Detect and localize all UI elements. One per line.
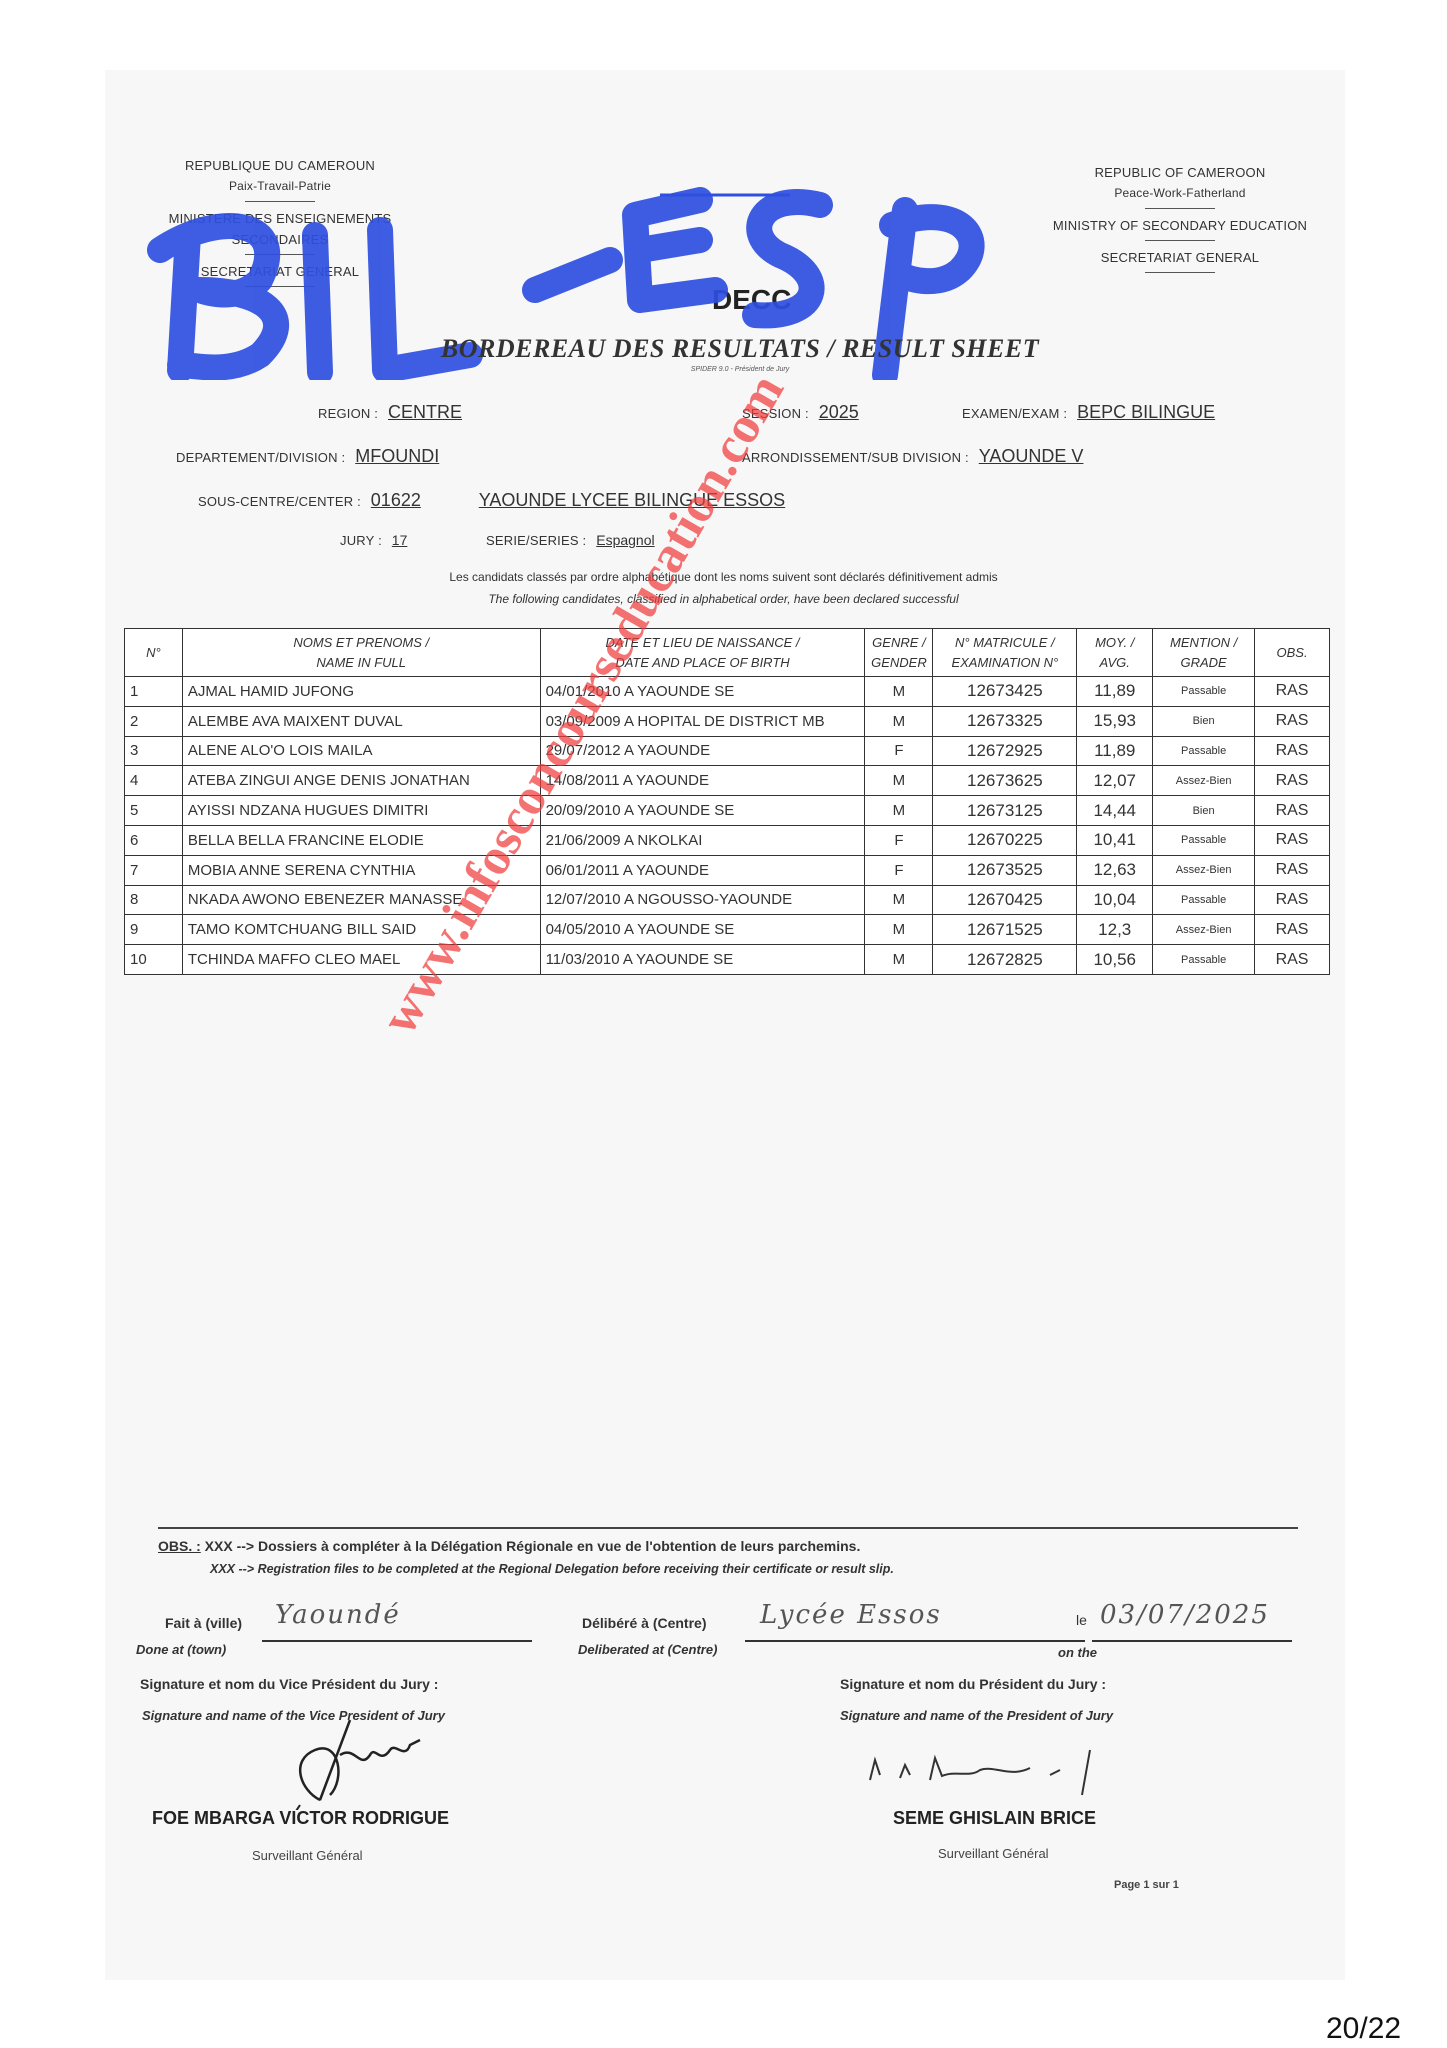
- row-number-cell: 5: [125, 796, 183, 826]
- deliberated-handwritten: Lycée Essos: [760, 1600, 942, 1630]
- column-header-line1: MOY. /: [1082, 633, 1147, 653]
- column-header: DATE ET LIEU DE NAISSANCE /DATE AND PLAC…: [540, 629, 865, 677]
- candidate-name-cell: ALENE ALO'O LOIS MAILA: [182, 736, 540, 766]
- notice-fr: Les candidats classés par ordre alphabét…: [0, 570, 1447, 584]
- table-row: 8NKADA AWONO EBENEZER MANASSE12/07/2010 …: [125, 885, 1330, 915]
- birth-info-cell: 20/09/2010 A YAOUNDE SE: [540, 796, 865, 826]
- session-value: 2025: [819, 402, 859, 422]
- column-header-line1: GENRE /: [870, 633, 927, 653]
- page-subtitle: SPIDER 9.0 - Président de Jury: [620, 366, 860, 373]
- observation-cell: RAS: [1255, 855, 1330, 885]
- done-at-label-en: Done at (town): [136, 1642, 226, 1657]
- done-at-line: [262, 1640, 532, 1642]
- table-row: 2ALEMBE AVA MAIXENT DUVAL03/09/2009 A HO…: [125, 706, 1330, 736]
- gender-cell: F: [865, 736, 933, 766]
- column-header-line2: AVG.: [1082, 653, 1147, 673]
- table-header-row: N°NOMS ET PRENOMS /NAME IN FULLDATE ET L…: [125, 629, 1330, 677]
- row-number-cell: 6: [125, 825, 183, 855]
- birth-info-cell: 04/05/2010 A YAOUNDE SE: [540, 915, 865, 945]
- average-cell: 11,89: [1077, 736, 1153, 766]
- row-number-cell: 2: [125, 706, 183, 736]
- grade-cell: Passable: [1153, 945, 1255, 975]
- president-role: Surveillant Général: [938, 1846, 1049, 1861]
- average-cell: 10,04: [1077, 885, 1153, 915]
- row-number-cell: 3: [125, 736, 183, 766]
- president-signature-icon: [860, 1740, 1200, 1800]
- ministry-fr: MINISTERE DES ENSEIGNEMENTS SECONDAIRES: [130, 208, 430, 250]
- candidate-name-cell: AJMAL HAMID JUFONG: [182, 677, 540, 707]
- vice-president-label-fr: Signature et nom du Vice Président du Ju…: [140, 1676, 438, 1692]
- gender-cell: M: [865, 706, 933, 736]
- grade-cell: Assez-Bien: [1153, 766, 1255, 796]
- region-field: REGION : CENTRE: [318, 402, 462, 423]
- jury-value: 17: [392, 532, 408, 548]
- subdivision-label: ARRONDISSEMENT/SUB DIVISION :: [742, 450, 969, 465]
- column-header-line1: MENTION /: [1158, 633, 1249, 653]
- column-header-line1: DATE ET LIEU DE NAISSANCE /: [546, 633, 860, 653]
- subdivision-field: ARRONDISSEMENT/SUB DIVISION : YAOUNDE V: [742, 446, 1083, 467]
- center-field: SOUS-CENTRE/CENTER : 01622 YAOUNDE LYCEE…: [198, 490, 785, 511]
- page-counter: 20/22: [1326, 2012, 1401, 2046]
- grade-cell: Assez-Bien: [1153, 915, 1255, 945]
- birth-info-cell: 12/07/2010 A NGOUSSO-YAOUNDE: [540, 885, 865, 915]
- observation-cell: RAS: [1255, 736, 1330, 766]
- candidate-name-cell: AYISSI NDZANA HUGUES DIMITRI: [182, 796, 540, 826]
- obs-text-fr: XXX --> Dossiers à compléter à la Déléga…: [205, 1538, 861, 1554]
- date-label-fr: le: [1076, 1612, 1087, 1628]
- deliberated-line: [745, 1640, 1085, 1642]
- column-header-line2: DATE AND PLACE OF BIRTH: [546, 653, 860, 673]
- column-header-line1: N°: [130, 643, 177, 663]
- series-label: SERIE/SERIES :: [486, 533, 586, 548]
- column-header-line2: GENDER: [870, 653, 927, 673]
- center-code: 01622: [371, 490, 421, 510]
- date-line: [1092, 1640, 1292, 1642]
- ministry-en: MINISTRY OF SECONDARY EDUCATION: [1010, 215, 1350, 236]
- column-header-line1: N° MATRICULE /: [938, 633, 1071, 653]
- vice-president-signature-icon: [260, 1700, 460, 1810]
- average-cell: 11,89: [1077, 677, 1153, 707]
- column-header-line1: OBS.: [1260, 643, 1324, 663]
- examination-number-cell: 12672925: [933, 736, 1077, 766]
- observation-cell: RAS: [1255, 706, 1330, 736]
- examination-number-cell: 12673425: [933, 677, 1077, 707]
- observation-cell: RAS: [1255, 945, 1330, 975]
- motto-en: Peace-Work-Fatherland: [1010, 183, 1350, 204]
- page-title: BORDEREAU DES RESULTATS / RESULT SHEET: [420, 334, 1060, 364]
- observation-cell: RAS: [1255, 677, 1330, 707]
- examination-number-cell: 12673125: [933, 796, 1077, 826]
- row-number-cell: 1: [125, 677, 183, 707]
- grade-cell: Passable: [1153, 825, 1255, 855]
- done-at-handwritten: Yaoundé: [275, 1600, 401, 1630]
- average-cell: 10,56: [1077, 945, 1153, 975]
- column-header: N° MATRICULE /EXAMINATION N°: [933, 629, 1077, 677]
- header-right: REPUBLIC OF CAMEROON Peace-Work-Fatherla…: [1010, 162, 1350, 279]
- page-of-label: Page 1 sur 1: [1114, 1879, 1179, 1891]
- grade-cell: Passable: [1153, 885, 1255, 915]
- observation-cell: RAS: [1255, 825, 1330, 855]
- notice-en: The following candidates, classified in …: [0, 592, 1447, 606]
- column-header-line2: NAME IN FULL: [188, 653, 535, 673]
- table-row: 10TCHINDA MAFFO CLEO MAEL11/03/2010 A YA…: [125, 945, 1330, 975]
- done-at-label-fr: Fait à (ville): [165, 1615, 242, 1631]
- average-cell: 14,44: [1077, 796, 1153, 826]
- table-row: 3ALENE ALO'O LOIS MAILA29/07/2012 A YAOU…: [125, 736, 1330, 766]
- candidate-name-cell: ALEMBE AVA MAIXENT DUVAL: [182, 706, 540, 736]
- vice-president-name: FOE MBARGA VICTOR RODRIGUE: [152, 1808, 449, 1829]
- grade-cell: Bien: [1153, 796, 1255, 826]
- examination-number-cell: 12673325: [933, 706, 1077, 736]
- exam-label: EXAMEN/EXAM :: [962, 406, 1067, 421]
- region-label: REGION :: [318, 406, 378, 421]
- vice-president-role: Surveillant Général: [252, 1848, 363, 1863]
- division-label: DEPARTEMENT/DIVISION :: [176, 450, 345, 465]
- deliberated-label-en: Deliberated at (Centre): [578, 1642, 717, 1657]
- column-header: GENRE /GENDER: [865, 629, 933, 677]
- examination-number-cell: 12670425: [933, 885, 1077, 915]
- division-field: DEPARTEMENT/DIVISION : MFOUNDI: [176, 446, 439, 467]
- birth-info-cell: 11/03/2010 A YAOUNDE SE: [540, 945, 865, 975]
- examination-number-cell: 12670225: [933, 825, 1077, 855]
- row-number-cell: 7: [125, 855, 183, 885]
- column-header-line1: NOMS ET PRENOMS /: [188, 633, 535, 653]
- divider: [1145, 272, 1215, 273]
- subdivision-value: YAOUNDE V: [979, 446, 1084, 466]
- average-cell: 12,63: [1077, 855, 1153, 885]
- column-header: MOY. /AVG.: [1077, 629, 1153, 677]
- divider: [1145, 208, 1215, 209]
- birth-info-cell: 21/06/2009 A NKOLKAI: [540, 825, 865, 855]
- gender-cell: M: [865, 677, 933, 707]
- divider: [245, 254, 315, 255]
- session-label: SESSION :: [742, 406, 809, 421]
- table-row: 9TAMO KOMTCHUANG BILL SAID04/05/2010 A Y…: [125, 915, 1330, 945]
- date-label-en: on the: [1058, 1645, 1097, 1660]
- candidate-name-cell: MOBIA ANNE SERENA CYNTHIA: [182, 855, 540, 885]
- divider: [245, 286, 315, 287]
- secretariat-fr: SECRETARIAT GENERAL: [130, 261, 430, 282]
- column-header: OBS.: [1255, 629, 1330, 677]
- president-name: SEME GHISLAIN BRICE: [893, 1808, 1096, 1829]
- table-row: 7MOBIA ANNE SERENA CYNTHIA06/01/2011 A Y…: [125, 855, 1330, 885]
- table-body: 1AJMAL HAMID JUFONG04/01/2010 A YAOUNDE …: [125, 677, 1330, 975]
- candidate-name-cell: NKADA AWONO EBENEZER MANASSE: [182, 885, 540, 915]
- row-number-cell: 8: [125, 885, 183, 915]
- center-label: SOUS-CENTRE/CENTER :: [198, 494, 361, 509]
- division-value: MFOUNDI: [355, 446, 439, 466]
- series-value: Espagnol: [596, 532, 654, 548]
- gender-cell: M: [865, 915, 933, 945]
- table-row: 1AJMAL HAMID JUFONG04/01/2010 A YAOUNDE …: [125, 677, 1330, 707]
- examination-number-cell: 12671525: [933, 915, 1077, 945]
- row-number-cell: 9: [125, 915, 183, 945]
- column-header-line2: EXAMINATION N°: [938, 653, 1071, 673]
- series-field: SERIE/SERIES : Espagnol: [486, 532, 655, 548]
- gender-cell: M: [865, 945, 933, 975]
- column-header: NOMS ET PRENOMS /NAME IN FULL: [182, 629, 540, 677]
- grade-cell: Bien: [1153, 706, 1255, 736]
- grade-cell: Passable: [1153, 677, 1255, 707]
- average-cell: 12,3: [1077, 915, 1153, 945]
- examination-number-cell: 12673525: [933, 855, 1077, 885]
- observation-cell: RAS: [1255, 885, 1330, 915]
- average-cell: 10,41: [1077, 825, 1153, 855]
- average-cell: 12,07: [1077, 766, 1153, 796]
- country-fr: REPUBLIQUE DU CAMEROUN: [130, 155, 430, 176]
- date-handwritten: 03/07/2025: [1100, 1600, 1270, 1630]
- observation-cell: RAS: [1255, 915, 1330, 945]
- deliberated-label-fr: Délibéré à (Centre): [582, 1615, 706, 1631]
- country-en: REPUBLIC OF CAMEROON: [1010, 162, 1350, 183]
- motto-fr: Paix-Travail-Patrie: [130, 176, 430, 197]
- gender-cell: F: [865, 855, 933, 885]
- gender-cell: M: [865, 766, 933, 796]
- obs-label: OBS. :: [158, 1538, 201, 1554]
- obs-text-en: XXX --> Registration files to be complet…: [210, 1562, 894, 1576]
- results-table: N°NOMS ET PRENOMS /NAME IN FULLDATE ET L…: [124, 628, 1330, 975]
- center-name: YAOUNDE LYCEE BILINGUE ESSOS: [479, 490, 785, 510]
- divider: [245, 201, 315, 202]
- jury-field: JURY : 17: [340, 532, 407, 548]
- birth-info-cell: 06/01/2011 A YAOUNDE: [540, 855, 865, 885]
- header-left: REPUBLIQUE DU CAMEROUN Paix-Travail-Patr…: [130, 155, 430, 293]
- average-cell: 15,93: [1077, 706, 1153, 736]
- birth-info-cell: 29/07/2012 A YAOUNDE: [540, 736, 865, 766]
- divider: [1145, 240, 1215, 241]
- candidate-name-cell: ATEBA ZINGUI ANGE DENIS JONATHAN: [182, 766, 540, 796]
- grade-cell: Assez-Bien: [1153, 855, 1255, 885]
- jury-label: JURY :: [340, 533, 382, 548]
- candidate-name-cell: BELLA BELLA FRANCINE ELODIE: [182, 825, 540, 855]
- table-row: 4ATEBA ZINGUI ANGE DENIS JONATHAN14/08/2…: [125, 766, 1330, 796]
- obs-note-fr: OBS. : XXX --> Dossiers à compléter à la…: [158, 1538, 860, 1554]
- examination-number-cell: 12673625: [933, 766, 1077, 796]
- grade-cell: Passable: [1153, 736, 1255, 766]
- table-row: 5AYISSI NDZANA HUGUES DIMITRI20/09/2010 …: [125, 796, 1330, 826]
- birth-info-cell: 04/01/2010 A YAOUNDE SE: [540, 677, 865, 707]
- region-value: CENTRE: [388, 402, 462, 422]
- president-label-fr: Signature et nom du Président du Jury :: [840, 1676, 1106, 1692]
- gender-cell: M: [865, 885, 933, 915]
- column-header: MENTION /GRADE: [1153, 629, 1255, 677]
- examination-number-cell: 12672825: [933, 945, 1077, 975]
- observation-cell: RAS: [1255, 766, 1330, 796]
- secretariat-en: SECRETARIAT GENERAL: [1010, 247, 1350, 268]
- gender-cell: F: [865, 825, 933, 855]
- candidate-name-cell: TAMO KOMTCHUANG BILL SAID: [182, 915, 540, 945]
- exam-field: EXAMEN/EXAM : BEPC BILINGUE: [962, 402, 1215, 423]
- birth-info-cell: 03/09/2009 A HOPITAL DE DISTRICT MB: [540, 706, 865, 736]
- gender-cell: M: [865, 796, 933, 826]
- president-label-en: Signature and name of the President of J…: [840, 1708, 1113, 1723]
- birth-info-cell: 14/08/2011 A YAOUNDE: [540, 766, 865, 796]
- column-header-line2: GRADE: [1158, 653, 1249, 673]
- table-row: 6BELLA BELLA FRANCINE ELODIE21/06/2009 A…: [125, 825, 1330, 855]
- column-header: N°: [125, 629, 183, 677]
- candidate-name-cell: TCHINDA MAFFO CLEO MAEL: [182, 945, 540, 975]
- session-field: SESSION : 2025: [742, 402, 859, 423]
- exam-value: BEPC BILINGUE: [1077, 402, 1215, 422]
- footer-divider: [158, 1527, 1298, 1529]
- row-number-cell: 4: [125, 766, 183, 796]
- observation-cell: RAS: [1255, 796, 1330, 826]
- row-number-cell: 10: [125, 945, 183, 975]
- office-label: DECC: [712, 284, 791, 316]
